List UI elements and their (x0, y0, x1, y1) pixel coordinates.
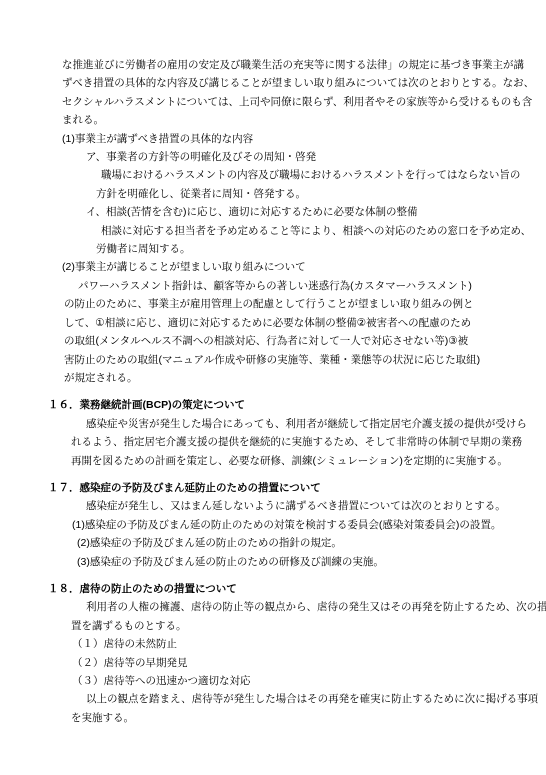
paragraph-line: 害防止のための取組(マニュアル作成や研修の実施等、業種・業態等の状況に応じた取組… (64, 351, 522, 369)
section-16-heading: １６．業務継続計画(BCP)の策定について (48, 396, 522, 414)
paragraph-line: が規定される。 (64, 369, 522, 387)
list-item-a: ア、事業者の方針等の明確化及びその周知・啓発 (86, 148, 522, 166)
section-17-item-2: (2)感染症の予防及びまん延の防止のための指針の規定。 (77, 534, 522, 552)
section-16-line: れるよう、指定居宅介護支援の提供を継続的に実施するため、そして非常時の体制で早期… (71, 433, 522, 451)
intro-line: な推進並びに労働者の雇用の安定及び職業生活の充実等に関する法律」の規定に基づき事… (62, 56, 522, 74)
list-item-a-detail: 職場におけるハラスメントの内容及び職場におけるハラスメントを行ってはならない旨の (101, 166, 522, 184)
section-18-item-3: （３）虐待等への迅速かつ適切な対応 (72, 672, 522, 690)
section-17-heading: １７．感染症の予防及びまん延防止のための措置について (48, 479, 522, 497)
intro-line: まれる。 (62, 111, 522, 129)
intro-line: ずべき措置の具体的な内容及び講じることが望ましい取り組みについては次のとおりとす… (62, 74, 522, 92)
list-item-a-detail: 方針を明確化し、従業者に周知・啓発する。 (96, 185, 522, 203)
section-18-heading: １８．虐待の防止のための措置について (48, 580, 522, 598)
list-item-1-heading: (1)事業主が講ずべき措置の具体的な内容 (62, 130, 522, 148)
document-page: な推進並びに労働者の雇用の安定及び職業生活の充実等に関する法律」の規定に基づき事… (0, 0, 546, 775)
paragraph-line: パワーハラスメント指針は、顧客等からの著しい迷惑行為(カスタマーハラスメント) (78, 277, 522, 295)
section-17-line: 感染症が発生し、又はまん延しないように講ずるべき措置については次のとおりとする。 (86, 497, 522, 515)
section-17-item-1: (1)感染症の予防及びまん延の防止のための対策を検討する委員会(感染対策委員会)… (72, 516, 522, 534)
section-18-line: 置を講ずるものとする。 (71, 617, 522, 635)
section-18-item-2: （２）虐待等の早期発見 (72, 654, 522, 672)
list-item-2-heading: (2)事業主が講じることが望ましい取り組みについて (62, 258, 522, 276)
section-16-line: 感染症や災害が発生した場合にあっても、利用者が継続して指定居宅介護支援の提供が受… (86, 415, 522, 433)
list-item-i-detail: 労働者に周知する。 (96, 240, 522, 258)
section-16-line: 再開を図るための計画を策定し、必要な研修、訓練(シミュレーション)を定期的に実施… (71, 452, 522, 470)
list-item-i-detail: 相談に対応する担当者を予め定めること等により、相談への対応のための窓口を予め定め… (101, 222, 522, 240)
paragraph-line: の防止のために、事業主が雇用管理上の配慮として行うことが望ましい取り組みの例と (64, 295, 522, 313)
section-18-line: 以上の観点を踏まえ、虐待等が発生した場合はその再発を確実に防止するために次に掲げ… (86, 690, 522, 708)
section-18-item-1: （１）虐待の未然防止 (72, 635, 522, 653)
section-17-item-3: (3)感染症の予防及びまん延の防止のための研修及び訓練の実施。 (77, 553, 522, 571)
intro-line: セクシャルハラスメントについては、上司や同僚に限らず、利用者やその家族等から受け… (62, 93, 522, 111)
section-18-line: 利用者の人権の擁護、虐待の防止等の観点から、虐待の発生又はその再発を防止するため… (86, 598, 522, 616)
list-item-i: イ、相談(苦情を含む)に応じ、適切に対応するために必要な体制の整備 (86, 203, 522, 221)
paragraph-line: して、①相談に応じ、適切に対応するために必要な体制の整備②被害者への配慮のため (64, 314, 522, 332)
paragraph-line: の取組(メンタルヘルス不調への相談対応、行為者に対して一人で対応させない等)③被 (64, 332, 522, 350)
section-18-line: を実施する。 (71, 709, 522, 727)
